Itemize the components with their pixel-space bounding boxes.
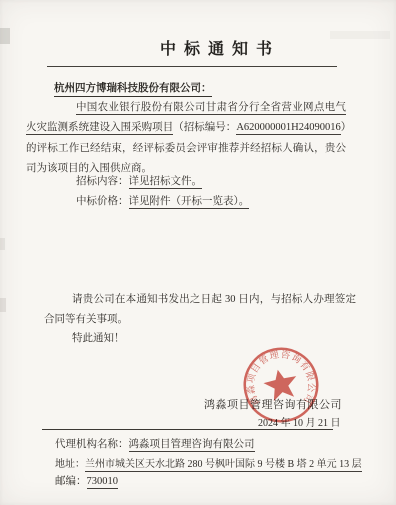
scan-artifact [0, 298, 6, 312]
tender-content-value: 详见招标文件。 [129, 176, 203, 189]
tender-content-label: 招标内容： [76, 176, 129, 187]
agency-address-label: 地址： [55, 459, 85, 470]
title-divider [47, 66, 337, 67]
footer-divider [42, 429, 333, 430]
postcode-value: 730010 [87, 476, 119, 489]
scan-artifact [0, 28, 10, 44]
scan-artifact [0, 238, 5, 250]
agency-name-value: 鸿淼项目管理咨询有限公司 [129, 439, 255, 452]
postcode-line: 邮编：730010 [55, 473, 118, 488]
document-title: 中标通知书 [22, 36, 396, 59]
award-price-line: 中标价格：详见附件（开标一览表）。 [76, 193, 249, 208]
agency-address-line: 地址：兰州市城关区天水北路 280 号枫叶国际 9 号楼 B 塔 2 单元 13… [55, 455, 362, 470]
hereby-notice: 特此通知！ [72, 330, 125, 345]
scanned-document-page: 中标通知书 杭州四方博瑞科技股份有限公司： 中国农业银行股份有限公司甘肃省分行全… [0, 0, 396, 505]
signature-company-name: 鸿淼项目管理咨询有限公司 [204, 396, 342, 412]
addressee-company: 杭州四方博瑞科技股份有限公司： [54, 80, 212, 97]
agency-address-value: 兰州市城关区天水北路 280 号枫叶国际 9 号楼 B 塔 2 单元 13 层 [85, 459, 362, 472]
agency-name-label: 代理机构名称： [55, 439, 129, 450]
postcode-label: 邮编： [55, 476, 87, 487]
bid-number-label: （招标编号： [173, 122, 236, 133]
bid-number: A620000001H24090016 [236, 122, 340, 135]
tender-content-line: 招标内容：详见招标文件。 [76, 173, 202, 188]
signature-date: 2024 年 10 月 21 日 [258, 414, 341, 429]
agency-name-line: 代理机构名称：鸿淼项目管理咨询有限公司 [55, 436, 255, 451]
award-price-value: 详见附件（开标一览表）。 [129, 196, 250, 209]
contract-instruction-paragraph: 请贵公司在本通知书发出之日起 30 日内，与招标人办理签定合同等有关事项。 [44, 290, 356, 331]
award-price-label: 中标价格： [76, 196, 129, 207]
notice-paragraph: 中国农业银行股份有限公司甘肃省分行全省营业网点电气火灾监测系统建设入围采购项目（… [26, 98, 346, 179]
